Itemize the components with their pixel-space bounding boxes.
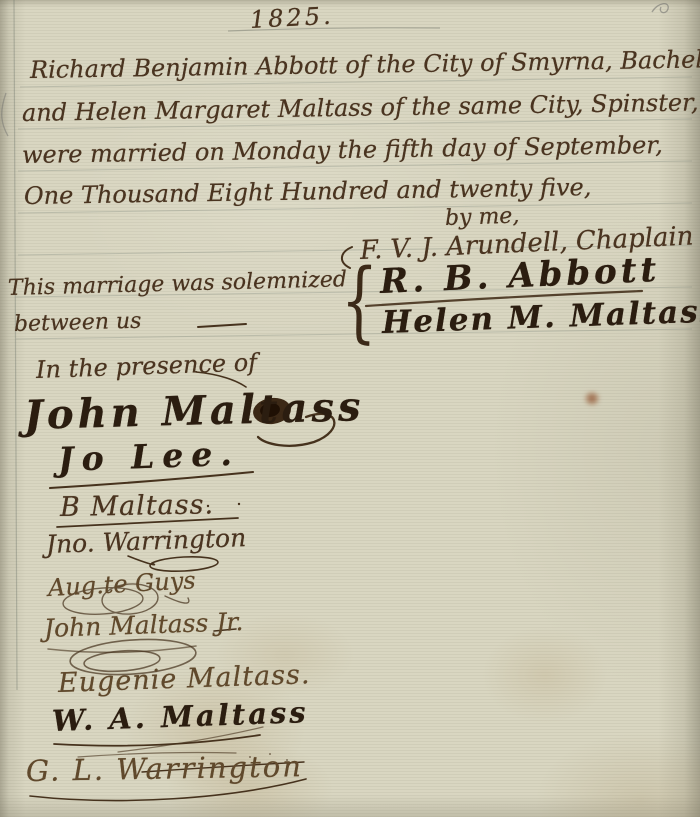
witness-signature: Eugenie Maltass. <box>57 659 311 699</box>
solemnized-statement: between us <box>14 309 142 337</box>
witness-signature: Jno. Warrington <box>45 523 246 559</box>
year-heading: 1825. <box>249 2 334 34</box>
register-line: were married on Monday the fifth day of … <box>22 131 663 169</box>
register-line: and Helen Margaret Maltass of the same C… <box>22 88 699 127</box>
witness-signature: Aug.te Guys <box>47 566 196 602</box>
pencil-corner-mark <box>652 4 668 13</box>
byline: by me, <box>445 203 520 231</box>
witness-signature: B Maltass. <box>60 489 215 523</box>
margin-rule <box>14 0 17 690</box>
witness-signature: Jo Lee. <box>57 434 240 479</box>
presence-label: In the presence of <box>36 348 258 384</box>
witness-signature: W. A. Maltass <box>51 695 309 738</box>
register-line: Richard Benjamin Abbott of the City of S… <box>30 45 700 84</box>
bride-signature: Helen M. Maltass. <box>381 293 700 341</box>
solemnized-statement: This marriage was solemnized <box>8 267 348 301</box>
witness-signature: John Maltass <box>23 383 365 439</box>
marriage-register-page: 1825. Richard Benjamin Abbott of the Cit… <box>0 0 700 817</box>
pencil-edge-mark <box>2 93 8 136</box>
paper-stain <box>584 392 600 405</box>
witness-signature: G. L. Warrington <box>26 749 303 788</box>
witness-signature: John Maltass Jr. <box>43 607 243 643</box>
